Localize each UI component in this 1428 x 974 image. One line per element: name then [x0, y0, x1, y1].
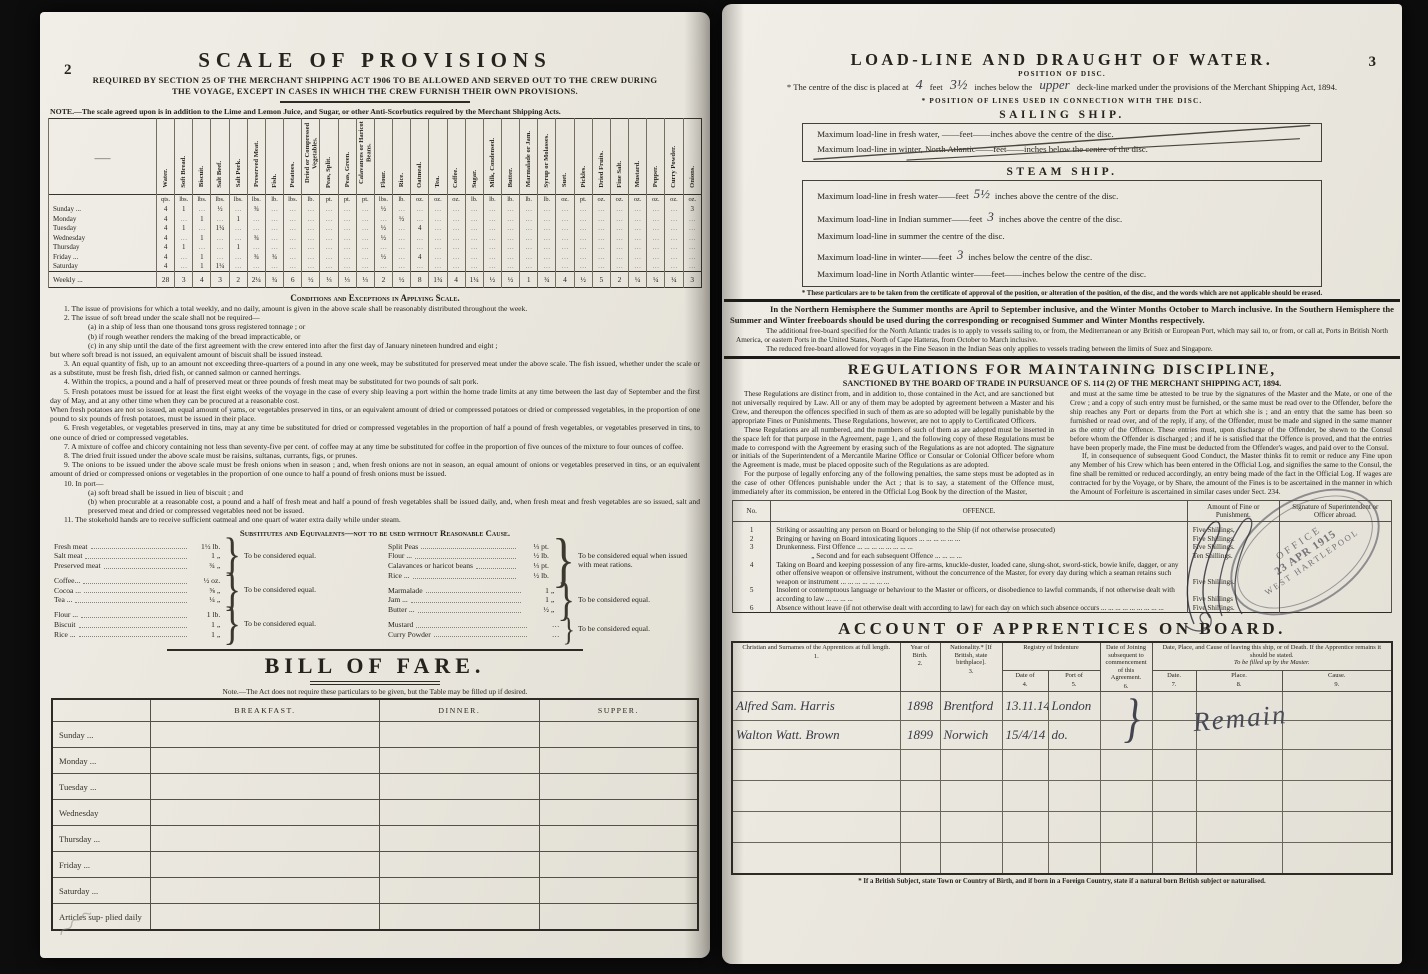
provision-column-header: Water. — [157, 119, 175, 195]
substitute-item: Flour ...1 lb. — [54, 610, 220, 620]
stamp-top-text: OFFICE — [1274, 524, 1324, 562]
substitutes-group-note: To be considered equal. — [244, 586, 362, 595]
substitute-item: Biscuit1 „ — [54, 620, 220, 630]
condition-item: 9. The onions to be issued under the abo… — [50, 460, 700, 478]
offence-no-header: No. — [733, 500, 771, 521]
condition-item: 2. The issue of soft bread under the sca… — [50, 313, 700, 322]
regulations-title: REGULATIONS FOR MAINTAINING DISCIPLINE, — [722, 362, 1402, 379]
divider — [724, 356, 1400, 359]
provisions-table: ——Water.Soft Bread.Biscuit.Salt Beef.Sal… — [48, 118, 702, 288]
conditions-heading: Conditions and Exceptions in Applying Sc… — [40, 293, 710, 303]
bill-of-fare-row: Friday ... — [52, 852, 698, 878]
date-of-joining-header: Date of Joining subsequent to commenceme… — [1100, 642, 1152, 691]
steam-ship-line: Maximum load-line in fresh water——feet5½… — [817, 184, 1307, 207]
regulations-subtitle: SANCTIONED BY THE BOARD OF TRADE IN PURS… — [722, 379, 1402, 388]
provisions-weekly-row: Weekly ...2834322¼¾6½⅓⅓⅓2½81¾41¼½½1¾4½52… — [49, 271, 702, 287]
provisions-day-row: Friday ...4…1……¾¾……………½…4……………………………………… — [49, 252, 702, 262]
breakfast-column-header: BREAKFAST. — [151, 699, 380, 722]
substitute-item: Split Peas⅓ pt. — [388, 542, 549, 552]
provision-column-header: Syrup or Molasses. — [538, 119, 556, 195]
substitute-item: Flour ...½ lb. — [388, 551, 549, 561]
apprentice-row — [732, 812, 1392, 843]
substitute-item: Butter ...½ „ — [388, 605, 554, 615]
substitutes-group: Coffee...½ oz.Cocoa ...⅝ „Tea ...¼ „}To … — [54, 574, 362, 607]
provision-column-header: Coffee. — [447, 119, 465, 195]
provision-column-header: Mustard. — [629, 119, 647, 195]
brace-glyph: } — [223, 604, 241, 646]
bill-of-fare-row: Thursday ... — [52, 826, 698, 852]
substitute-item: Salt meat1 „ — [54, 551, 220, 561]
regulations-paragraph: and must at the same time be attested to… — [1070, 390, 1392, 452]
regulations-paragraph: These Regulations are all numbered, and … — [732, 426, 1054, 470]
leaving-header: Date, Place, and Cause of leaving this s… — [1152, 642, 1392, 670]
provision-column-header: Biscuit. — [193, 119, 211, 195]
offence-table-section: No. OFFENCE. Amount of Fine or Punishmen… — [732, 500, 1392, 614]
conditions-list: 1. The issue of provisions for which a t… — [50, 304, 700, 525]
condition-item: 3. An equal quantity of fish, up to an a… — [50, 359, 700, 377]
disc-footnote: * These particulars are to be taken from… — [730, 290, 1394, 297]
substitutes-left-column: Fresh meat1½ lb.Salt meat1 „Preserved me… — [54, 539, 362, 642]
substitute-item: Tea ...¼ „ — [54, 595, 220, 605]
apprentice-row — [732, 843, 1392, 875]
sailing-ship-box: Maximum load-line in fresh water, ——feet… — [802, 123, 1322, 162]
apprentice-row — [732, 750, 1392, 781]
offence-header: OFFENCE. — [771, 500, 1188, 521]
bill-of-fare-row: Articles sup- plied daily — [52, 904, 698, 931]
provision-column-header: Rice. — [393, 119, 411, 195]
apprentices-table: Christian and Surnames of the Apprentice… — [731, 641, 1393, 875]
apprentices-title: ACCOUNT OF APPRENTICES ON BOARD. — [722, 619, 1402, 639]
sailing-ship-line: Maximum load-line in winter, North Atlan… — [817, 142, 1307, 157]
regulations-column-2: and must at the same time be attested to… — [1070, 390, 1392, 497]
condition-item: 1. The issue of provisions for which a t… — [50, 304, 700, 313]
provision-column-header: Tea. — [429, 119, 447, 195]
provision-column-header: Soft Bread. — [175, 119, 193, 195]
substitute-item: Calavances or haricot beans⅓ pt. — [388, 561, 549, 571]
provision-column-header: Salt Pork. — [229, 119, 247, 195]
handwritten-inches-value: 3½ — [945, 78, 973, 93]
substitute-item: Mustard… — [388, 620, 560, 630]
provision-column-header: Flour. — [374, 119, 392, 195]
provisions-corner-cell: —— — [49, 119, 157, 195]
page-number-left: 2 — [64, 62, 72, 79]
substitute-item: Jam ...1 „ — [388, 595, 554, 605]
handwritten-value: 5½ — [969, 186, 995, 201]
provisions-note: NOTE.—The scale agreed upon is in additi… — [50, 107, 710, 116]
disc-line-text: deck-line marked under the provisions of… — [1077, 82, 1337, 92]
substitutes-group: Fresh meat1½ lb.Salt meat1 „Preserved me… — [54, 539, 362, 572]
substitutes-group-note: To be considered equal. — [244, 552, 362, 561]
condition-item: 8. The dried fruit issued under the abov… — [50, 451, 700, 460]
brace-glyph: } — [563, 615, 575, 644]
provision-column-header: Onions. — [683, 119, 701, 195]
provision-column-header: Dried Fruits. — [592, 119, 610, 195]
provisions-units-row: qts.lbs.lbs.lbs.lbs.lbs.lb.lbs.lb.pt.pt.… — [49, 195, 702, 205]
scale-of-provisions-subtitle: REQUIRED BY SECTION 25 OF THE MERCHANT S… — [87, 75, 663, 96]
substitutes-group-note: To be considered equal. — [578, 596, 696, 605]
hemisphere-paragraph: In the Northern Hemisphere the Summer mo… — [730, 304, 1394, 326]
condition-item: (c) in any ship until the date of the fi… — [88, 341, 700, 350]
handwritten-value: 3 — [952, 247, 969, 262]
provision-column-header: Pickles. — [574, 119, 592, 195]
leaving-cause-header: Cause.9. — [1282, 671, 1392, 692]
apprentice-row: Alfred Sam. Harris1898Brentford13.11.14L… — [732, 692, 1392, 721]
condition-item: 10. In port— — [50, 479, 700, 488]
provision-column-header: Peas, Split. — [320, 119, 338, 195]
condition-item: (b) if rough weather renders the making … — [88, 332, 700, 341]
dinner-column-header: DINNER. — [379, 699, 539, 722]
substitute-item: Rice ...½ lb. — [388, 571, 549, 581]
substitute-item: Curry Powder… — [388, 630, 560, 640]
handwritten-deck-value: upper — [1034, 77, 1074, 92]
provision-column-header: Pepper. — [647, 119, 665, 195]
bill-of-fare-row: Sunday ... — [52, 722, 698, 748]
provision-column-header: Fine Salt. — [610, 119, 628, 195]
regulations-column-1: These Regulations are distinct from, and… — [732, 390, 1054, 497]
condition-item: (a) soft bread shall be issued in lieu o… — [88, 488, 700, 497]
steam-ship-line: Maximum load-line in North Atlantic wint… — [817, 267, 1307, 282]
leaving-place-header: Place.8. — [1196, 671, 1282, 692]
provision-column-header: Potatoes. — [284, 119, 302, 195]
provisions-day-row: Sunday ...41…½…¾………………½…………………………………………3 — [49, 204, 702, 214]
apprentice-name-header: Christian and Surnames of the Apprentice… — [732, 642, 900, 691]
provisions-day-row: Tuesday41…1¼……………………½…4……………………………………… — [49, 223, 702, 233]
divider — [310, 681, 440, 685]
bill-of-fare-table: BREAKFAST. DINNER. SUPPER. Sunday ...Mon… — [51, 698, 699, 931]
scale-of-provisions-title: SCALE OF PROVISIONS — [40, 48, 710, 73]
steam-ship-line: Maximum load-line in winter——feet3inches… — [817, 245, 1307, 268]
position-of-lines-heading: * POSITION OF LINES USED IN CONNECTION W… — [722, 97, 1402, 105]
registry-port-header: Port of5. — [1048, 671, 1100, 692]
sailing-ship-heading: SAILING SHIP. — [722, 109, 1402, 121]
page-left: 2 SCALE OF PROVISIONS REQUIRED BY SECTIO… — [40, 12, 710, 958]
divider — [280, 101, 470, 103]
provisions-day-row: Wednesday4…1……¾………………½…………………………………………… — [49, 233, 702, 243]
condition-item: 5. Fresh potatoes must be issued for at … — [50, 387, 700, 405]
bill-of-fare-corner — [52, 699, 151, 722]
provision-column-header: Fish. — [265, 119, 283, 195]
steam-ship-line: Maximum load-line in summer the centre o… — [817, 229, 1307, 244]
supper-column-header: SUPPER. — [539, 699, 698, 722]
substitutes-section: Fresh meat1½ lb.Salt meat1 „Preserved me… — [54, 539, 696, 642]
handwritten-value: 3 — [982, 209, 999, 224]
substitutes-group-note: To be considered equal. — [244, 620, 362, 629]
condition-item: 4. Within the tropics, a pound and a hal… — [50, 377, 700, 386]
registry-of-indenture-header: Registry of Indenture — [1002, 642, 1100, 670]
provision-column-header: Butter. — [501, 119, 519, 195]
substitutes-group: Marmalade1 „Jam ...1 „Butter ...½ „}To b… — [388, 584, 696, 617]
substitutes-group: Mustard…Curry Powder…}To be considered e… — [388, 618, 696, 641]
bill-of-fare-note: Note.—The Act does not require these par… — [40, 687, 710, 696]
regulations-paragraph: These Regulations are distinct from, and… — [732, 390, 1054, 426]
provision-column-header: Milk, Condensed. — [483, 119, 501, 195]
handwritten-feet-value: 4 — [911, 78, 928, 93]
condition-item: but where soft bread is not issued, an e… — [50, 350, 700, 359]
book-spread: 2 SCALE OF PROVISIONS REQUIRED BY SECTIO… — [0, 0, 1428, 974]
substitute-item: Rice ...1 „ — [54, 630, 220, 640]
apprentice-birth-header: Year of Birth.2. — [900, 642, 940, 691]
substitutes-heading: Substitutes and Equivalents—not to be us… — [40, 528, 710, 538]
bill-of-fare-row: Monday ... — [52, 748, 698, 774]
substitute-item: Cocoa ...⅝ „ — [54, 586, 220, 596]
bill-of-fare-row: Saturday ... — [52, 878, 698, 904]
disc-line-text: inches below the — [974, 82, 1032, 92]
substitute-item: Preserved meat¾ „ — [54, 561, 220, 571]
provision-column-header: Salt Beef. — [211, 119, 229, 195]
substitutes-group: Split Peas⅓ pt.Flour ...½ lb.Calavances … — [388, 539, 696, 582]
handwritten-brace: } — [1124, 691, 1140, 745]
disc-line-text: * The centre of the disc is placed at — [787, 82, 909, 92]
provision-column-header: Marmalade or Jam. — [520, 119, 538, 195]
apprentice-nationality-header: Nationality.* [If British, state birthpl… — [940, 642, 1002, 691]
disc-position-line: * The centre of the disc is placed at 4 … — [722, 78, 1402, 95]
steam-ship-line: Maximum load-line in Indian summer——feet… — [817, 207, 1307, 230]
apprentice-row: Walton Watt. Brown1899Norwich15/4/14do. — [732, 721, 1392, 750]
provision-column-header: Sugar. — [465, 119, 483, 195]
leaving-date-header: Date.7. — [1152, 671, 1196, 692]
condition-item: 7. A mixture of coffee and chicory conta… — [50, 442, 700, 451]
provision-column-header: Dried or Compressed Vegetables. — [302, 119, 320, 195]
steam-ship-heading: STEAM SHIP. — [722, 166, 1402, 178]
apprentice-row — [732, 781, 1392, 812]
provisions-day-row: Saturday4…11¼…………………………………………………………………… — [49, 261, 702, 271]
condition-item: 11. The stokehold hands are to receive s… — [50, 515, 700, 524]
substitutes-group-note: To be considered equal when issued with … — [578, 552, 696, 569]
bill-of-fare-row: Tuesday ... — [52, 774, 698, 800]
page-right: 3 LOAD-LINE AND DRAUGHT OF WATER. POSITI… — [722, 4, 1402, 964]
registry-date-header: Date of4. — [1002, 671, 1048, 692]
provision-column-header: Suet. — [556, 119, 574, 195]
provisions-day-row: Monday4…1…1……………………½………………………………………… — [49, 214, 702, 224]
apprentices-footnote: * If a British Subject, state Town or Co… — [722, 878, 1402, 885]
substitute-item: Fresh meat1½ lb. — [54, 542, 220, 552]
substitute-item: Marmalade1 „ — [388, 586, 554, 596]
provision-column-header: Curry Powder. — [665, 119, 683, 195]
condition-item: When fresh potatoes are not so issued, a… — [50, 405, 700, 423]
condition-item: 6. Fresh vegetables, or vegetables prese… — [50, 423, 700, 441]
page-number-right: 3 — [1369, 54, 1377, 71]
provision-column-header: Oatmeal. — [411, 119, 429, 195]
freeboard-paragraph: The additional free-board specified for … — [736, 327, 1388, 345]
divider — [724, 299, 1400, 302]
provision-column-header: Peas, Green. — [338, 119, 356, 195]
superintendent-signature — [1164, 496, 1274, 634]
apprentices-section: Christian and Surnames of the Apprentice… — [731, 641, 1393, 875]
substitutes-group-note: To be considered equal. — [578, 625, 696, 634]
substitutes-right-column: Split Peas⅓ pt.Flour ...½ lb.Calavances … — [388, 539, 696, 642]
bill-of-fare-row: Wednesday — [52, 800, 698, 826]
condition-item: (a) in a ship of less than one thousand … — [88, 322, 700, 331]
provision-column-header: Preserved Meat. — [247, 119, 265, 195]
condition-item: (b) when procurable at a reasonable cost… — [88, 497, 700, 515]
stamp-date: 23 APR 1915 — [1272, 527, 1338, 577]
provisions-day-row: Thursday41……1………………………………………………………………… — [49, 242, 702, 252]
disc-line-text: feet — [930, 82, 943, 92]
bill-of-fare-title: BILL OF FARE. — [40, 653, 710, 679]
load-line-title: LOAD-LINE AND DRAUGHT OF WATER. — [722, 50, 1402, 70]
substitute-item: Coffee...½ oz. — [54, 576, 220, 586]
regulations-paragraph: For the purpose of legally enforcing any… — [732, 470, 1054, 497]
sailing-ship-line: Maximum load-line in fresh water, ——feet… — [817, 127, 1307, 142]
freeboard-paragraph: The reduced free-board allowed for voyag… — [736, 345, 1388, 354]
steam-ship-box: Maximum load-line in fresh water——feet5½… — [802, 180, 1322, 287]
regulations-columns: These Regulations are distinct from, and… — [732, 390, 1392, 497]
stamp-bottom-text: WEST HARTLEPOOL — [1262, 526, 1360, 596]
provision-column-header: Calavances or Haricot Beans. — [356, 119, 374, 195]
substitutes-group: Flour ...1 lb.Biscuit1 „Rice ...1 „}To b… — [54, 608, 362, 641]
